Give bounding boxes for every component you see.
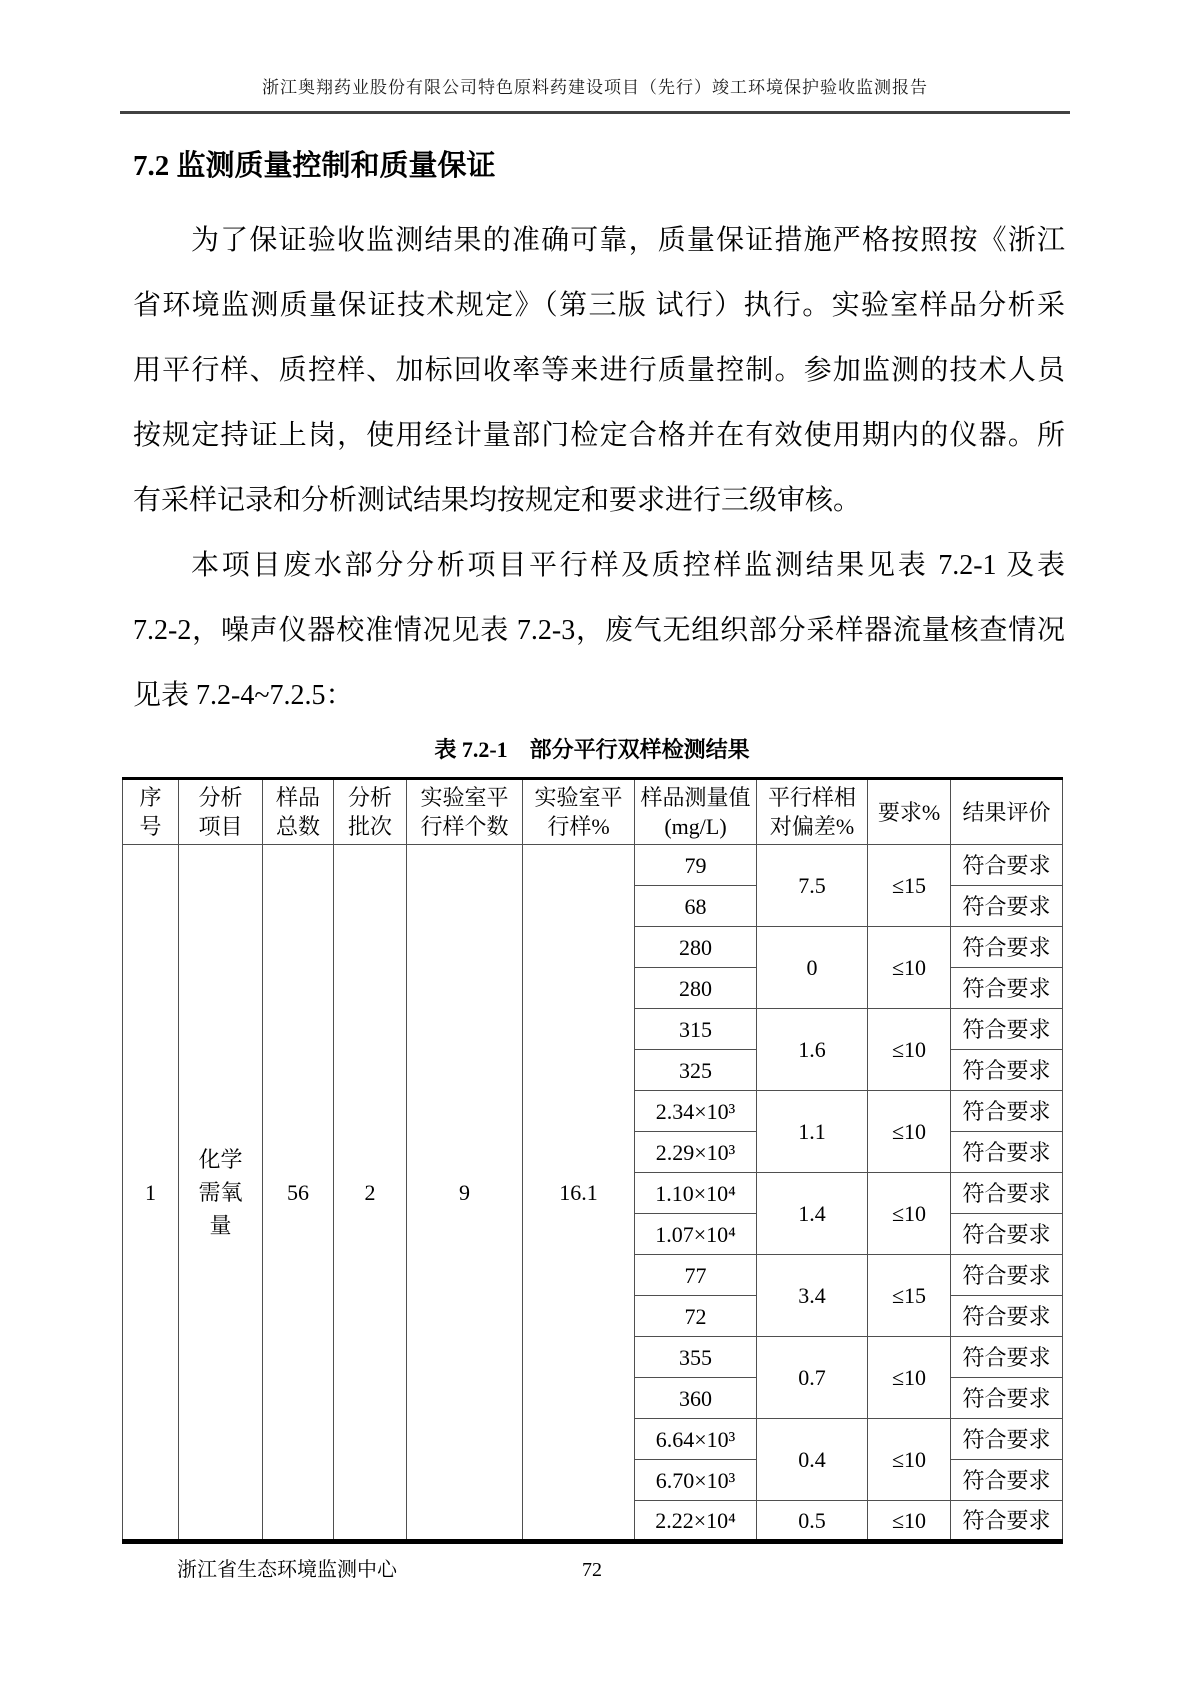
sample-value-cell: 6.70×10³ [635,1460,757,1501]
sample-value-cell: 68 [635,886,757,927]
analysis-item-text: 化学需氧量 [196,1143,246,1242]
seq-cell: 1 [123,845,179,1542]
paragraph-line: 为了保证验收监测结果的准确可靠，质量保证措施严格按照按《浙江 [133,208,1065,273]
sample-value-cell: 280 [635,968,757,1009]
deviation-cell: 0 [757,927,868,1009]
table-title: 表 7.2-1 部分平行双样检测结果 [122,736,1062,763]
deviation-cell: 1.6 [757,1009,868,1091]
section-heading: 7.2 监测质量控制和质量保证 [133,150,1190,183]
paragraph-line: 省环境监测质量保证技术规定》（第三版 试行）执行。实验室样品分析采 [133,273,1065,338]
sample-value-cell: 325 [635,1050,757,1091]
footer-org: 浙江省生态环境监测中心 [177,1559,397,1581]
evaluation-cell: 符合要求 [951,1337,1063,1378]
requirement-cell: ≤10 [868,1091,951,1173]
col-header-evaluation: 结果评价 [951,779,1063,845]
col-header-seq: 序 号 [123,779,179,845]
sample-value-cell: 2.29×10³ [635,1132,757,1173]
evaluation-cell: 符合要求 [951,968,1063,1009]
sample-value-cell: 360 [635,1378,757,1419]
evaluation-cell: 符合要求 [951,1378,1063,1419]
paragraph-line: 见表 7.2-4~7.2.5： [133,663,1065,728]
body-paragraphs: 为了保证验收监测结果的准确可靠，质量保证措施严格按照按《浙江 省环境监测质量保证… [133,208,1065,728]
header-rule [120,111,1070,114]
page-header-title: 浙江奥翔药业股份有限公司特色原料药建设项目（先行）竣工环境保护验收监测报告 [0,0,1190,98]
evaluation-cell: 符合要求 [951,1419,1063,1460]
evaluation-cell: 符合要求 [951,1091,1063,1132]
sample-value-cell: 1.10×10⁴ [635,1173,757,1214]
lab-parallel-pct-cell: 16.1 [523,845,635,1542]
sample-value-cell: 2.34×10³ [635,1091,757,1132]
page-footer: 浙江省生态环境监测中心 72 [122,1558,1062,1582]
requirement-cell: ≤10 [868,1337,951,1419]
sample-total-cell: 56 [263,845,334,1542]
evaluation-cell: 符合要求 [951,927,1063,968]
col-header-sample-value: 样品测量值 (mg/L) [635,779,757,845]
requirement-cell: ≤15 [868,1255,951,1337]
col-header-batch-count: 分析 批次 [334,779,407,845]
col-header-requirement: 要求% [868,779,951,845]
table-header-row: 序 号 分析 项目 样品 总数 分析 批次 实验室平 行样个数 实验室平 行样%… [123,779,1063,845]
evaluation-cell: 符合要求 [951,1255,1063,1296]
sample-value-cell: 2.22×10⁴ [635,1501,757,1542]
paragraph-line: 有采样记录和分析测试结果均按规定和要求进行三级审核。 [133,468,1065,533]
paragraph-line: 本项目废水部分分析项目平行样及质控样监测结果见表 7.2-1 及表 [133,533,1065,598]
col-header-analysis-item: 分析 项目 [179,779,263,845]
analysis-item-cell: 化学需氧量 [179,845,263,1542]
deviation-cell: 0.7 [757,1337,868,1419]
deviation-cell: 7.5 [757,845,868,927]
requirement-cell: ≤10 [868,1501,951,1542]
evaluation-cell: 符合要求 [951,1501,1063,1542]
evaluation-cell: 符合要求 [951,886,1063,927]
evaluation-cell: 符合要求 [951,1296,1063,1337]
requirement-cell: ≤15 [868,845,951,927]
col-header-relative-deviation: 平行样相 对偏差% [757,779,868,845]
results-table: 序 号 分析 项目 样品 总数 分析 批次 实验室平 行样个数 实验室平 行样%… [122,777,1063,1544]
evaluation-cell: 符合要求 [951,845,1063,886]
deviation-cell: 1.1 [757,1091,868,1173]
sample-value-cell: 77 [635,1255,757,1296]
evaluation-cell: 符合要求 [951,1050,1063,1091]
sample-value-cell: 6.64×10³ [635,1419,757,1460]
evaluation-cell: 符合要求 [951,1173,1063,1214]
deviation-cell: 0.5 [757,1501,868,1542]
requirement-cell: ≤10 [868,1419,951,1501]
lab-parallel-count-cell: 9 [407,845,523,1542]
sample-value-cell: 1.07×10⁴ [635,1214,757,1255]
requirement-cell: ≤10 [868,1173,951,1255]
sample-value-cell: 355 [635,1337,757,1378]
batch-count-cell: 2 [334,845,407,1542]
col-header-sample-total: 样品 总数 [263,779,334,845]
requirement-cell: ≤10 [868,1009,951,1091]
evaluation-cell: 符合要求 [951,1214,1063,1255]
sample-value-cell: 72 [635,1296,757,1337]
paragraph-line: 按规定持证上岗，使用经计量部门检定合格并在有效使用期内的仪器。所 [133,403,1065,468]
col-header-lab-parallel-pct: 实验室平 行样% [523,779,635,845]
evaluation-cell: 符合要求 [951,1132,1063,1173]
table-row: 1 化学需氧量 56 2 9 16.1 79 7.5 ≤15 符合要求 [123,845,1063,886]
footer-page-number: 72 [582,1558,602,1582]
deviation-cell: 0.4 [757,1419,868,1501]
deviation-cell: 1.4 [757,1173,868,1255]
sample-value-cell: 280 [635,927,757,968]
col-header-lab-parallel-count: 实验室平 行样个数 [407,779,523,845]
paragraph-line: 用平行样、质控样、加标回收率等来进行质量控制。参加监测的技术人员 [133,338,1065,403]
evaluation-cell: 符合要求 [951,1460,1063,1501]
sample-value-cell: 79 [635,845,757,886]
sample-value-cell: 315 [635,1009,757,1050]
requirement-cell: ≤10 [868,927,951,1009]
deviation-cell: 3.4 [757,1255,868,1337]
paragraph-line: 7.2-2，噪声仪器校准情况见表 7.2-3，废气无组织部分采样器流量核查情况 [133,598,1065,663]
evaluation-cell: 符合要求 [951,1009,1063,1050]
